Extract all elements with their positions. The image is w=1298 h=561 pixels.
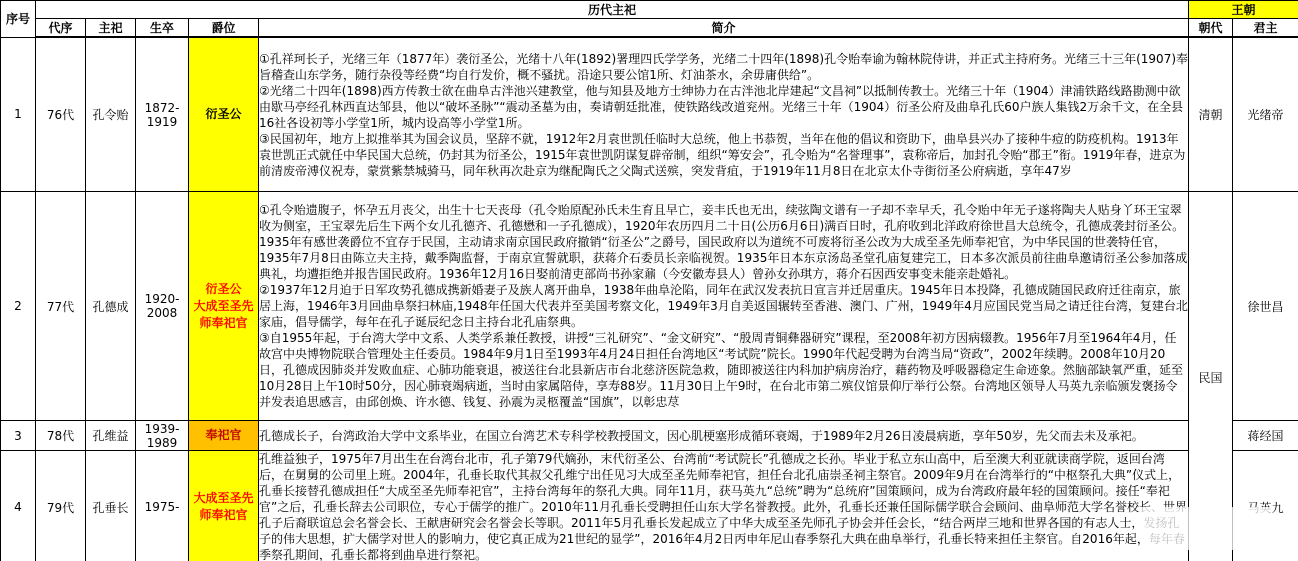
noble-title-cell: 衍圣公 [189,37,259,192]
generation-cell: 78代 [36,421,86,451]
lifespan-cell: 1872-1919 [136,37,189,192]
header-col-monarch: 君主 [1233,19,1298,38]
header-col-index: 序号 [1,1,36,38]
generation-cell: 76代 [36,37,86,192]
header-col-intro: 简介 [259,19,1189,38]
row-index: 4 [1,451,36,561]
monarch-cell: 光绪帝 [1233,37,1298,192]
biography-cell: ①孔祥珂长子，光绪三年（1877年）袭衍圣公，光绪十八年(1892)署理四氏学学… [259,37,1189,192]
noble-title-cell: 大成至圣先师奉祀官 [189,451,259,561]
generation-cell: 79代 [36,451,86,561]
header-group-main: 历代主祀 [36,1,1189,19]
biography-cell: 孔德成长子，台湾政治大学中文系毕业，在国立台湾艺术专科学校教授国文，因心肌梗塞形… [259,421,1189,451]
monarch-cell: 马英九 [1233,451,1298,561]
header-col-lifespan: 生卒 [136,19,189,38]
noble-title-cell: 奉祀官 [189,421,259,451]
row-index: 2 [1,192,36,421]
person-name-cell: 孔维益 [86,421,136,451]
lifespan-cell: 1975- [136,451,189,561]
noble-title-cell: 衍圣公 大成至圣先师奉祀官 [189,192,259,421]
monarch-cell: 蒋经国 [1233,421,1298,451]
table-row: 3 78代 孔维益 1939-1989 奉祀官 孔德成长子，台湾政治大学中文系毕… [1,421,1298,451]
person-name-cell: 孔令贻 [86,37,136,192]
person-name-cell: 孔垂长 [86,451,136,561]
header-col-person: 主祀 [86,19,136,38]
header-col-era: 朝代 [1189,19,1233,38]
header-col-generation: 代序 [36,19,86,38]
header-group-dynasty: 王朝 [1189,1,1298,19]
row-index: 1 [1,37,36,192]
era-cell-merged: 民国 [1189,192,1233,561]
biography-cell: ①孔令贻遗腹子，怀孕五月丧父，出生十七天丧母（孔令贻原配孙氏未生育且早亡，妾丰氏… [259,192,1189,421]
table-row: 4 79代 孔垂长 1975- 大成至圣先师奉祀官 孔维益独子，1975年7月出… [1,451,1298,561]
generation-cell: 77代 [36,192,86,421]
genealogy-table-page: 序号 历代主祀 王朝 代序 主祀 生卒 爵位 简介 朝代 君主 1 76代 孔令… [0,0,1298,561]
person-name-cell: 孔德成 [86,192,136,421]
era-cell: 清朝 [1189,37,1233,192]
monarch-cell: 徐世昌 [1233,192,1298,421]
biography-cell: 孔维益独子，1975年7月出生在台湾台北市，孔子第79代嫡孙，末代衍圣公、台湾前… [259,451,1189,561]
row-index: 3 [1,421,36,451]
table-row: 1 76代 孔令贻 1872-1919 衍圣公 ①孔祥珂长子，光绪三年（1877… [1,37,1298,192]
table-row: 2 77代 孔德成 1920-2008 衍圣公 大成至圣先师奉祀官 ①孔令贻遗腹… [1,192,1298,421]
main-table: 序号 历代主祀 王朝 代序 主祀 生卒 爵位 简介 朝代 君主 1 76代 孔令… [0,0,1298,561]
lifespan-cell: 1939-1989 [136,421,189,451]
header-col-title: 爵位 [189,19,259,38]
lifespan-cell: 1920-2008 [136,192,189,421]
